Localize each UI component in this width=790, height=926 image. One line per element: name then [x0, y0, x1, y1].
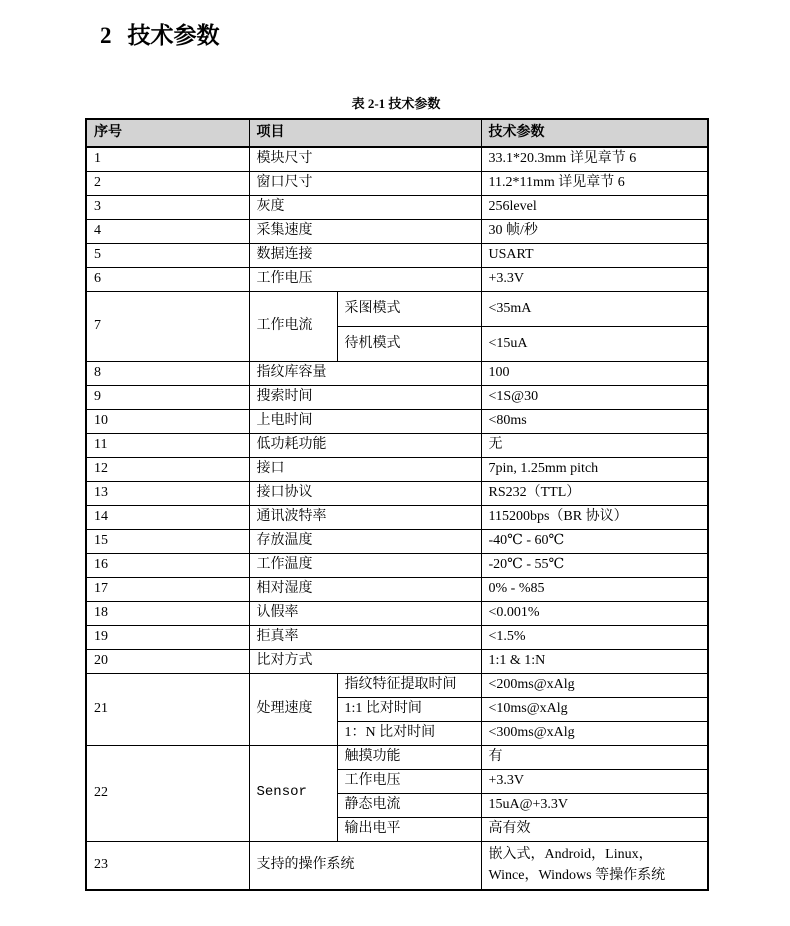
row-number-cell: 12	[86, 457, 249, 481]
item-cell: 接口	[249, 457, 481, 481]
table-row: 2 窗口尺寸 11.2*11mm 详见章节 6	[86, 171, 708, 195]
value-cell: <10ms@xAlg	[481, 697, 708, 721]
value-cell: 7pin, 1.25mm pitch	[481, 457, 708, 481]
table-row-group: 22 Sensor 触摸功能 有	[86, 745, 708, 769]
value-cell: 高有效	[481, 817, 708, 841]
table-row: 1 模块尺寸 33.1*20.3mm 详见章节 6	[86, 147, 708, 171]
item-cell: 上电时间	[249, 409, 481, 433]
table-row: 19 拒真率 <1.5%	[86, 625, 708, 649]
value-cell: 30 帧/秒	[481, 219, 708, 243]
row-number-cell: 10	[86, 409, 249, 433]
item-cell: 数据连接	[249, 243, 481, 267]
section-title: 技术参数	[128, 23, 220, 48]
item-cell: 灰度	[249, 195, 481, 219]
row-number-cell: 18	[86, 601, 249, 625]
row-number-cell: 7	[86, 291, 249, 361]
value-cell: 11.2*11mm 详见章节 6	[481, 171, 708, 195]
table-row: 10 上电时间 <80ms	[86, 409, 708, 433]
table-caption: 表 2-1 技术参数	[85, 93, 707, 112]
value-cell: +3.3V	[481, 769, 708, 793]
row-number-cell: 2	[86, 171, 249, 195]
value-cell: <80ms	[481, 409, 708, 433]
value-cell: <15uA	[481, 326, 708, 361]
value-cell: RS232（TTL）	[481, 481, 708, 505]
row-number-cell: 4	[86, 219, 249, 243]
value-cell: <1.5%	[481, 625, 708, 649]
value-cell: 115200bps（BR 协议）	[481, 505, 708, 529]
item-cell: 模块尺寸	[249, 147, 481, 171]
value-cell: 有	[481, 745, 708, 769]
item-cell: 接口协议	[249, 481, 481, 505]
table-row: 11 低功耗功能 无	[86, 433, 708, 457]
row-number-cell: 6	[86, 267, 249, 291]
row-number-cell: 11	[86, 433, 249, 457]
value-cell: <35mA	[481, 291, 708, 326]
row-number-cell: 22	[86, 745, 249, 841]
item-cell: 窗口尺寸	[249, 171, 481, 195]
section-number: 2	[100, 22, 112, 50]
item-cell: 采集速度	[249, 219, 481, 243]
sub-item-cell: 1：N 比对时间	[337, 721, 481, 745]
value-cell: <1S@30	[481, 385, 708, 409]
value-cell: 0% - %85	[481, 577, 708, 601]
sub-item-cell: 输出电平	[337, 817, 481, 841]
table-row: 6 工作电压 +3.3V	[86, 267, 708, 291]
col-header-item: 项目	[249, 119, 481, 147]
item-cell: 拒真率	[249, 625, 481, 649]
sub-item-cell: 1:1 比对时间	[337, 697, 481, 721]
sub-item-cell: 工作电压	[337, 769, 481, 793]
row-number-cell: 9	[86, 385, 249, 409]
table-row: 13 接口协议 RS232（TTL）	[86, 481, 708, 505]
item-cell: 工作电压	[249, 267, 481, 291]
item-cell: 存放温度	[249, 529, 481, 553]
value-cell: 256level	[481, 195, 708, 219]
table-row: 17 相对湿度 0% - %85	[86, 577, 708, 601]
table-row-group: 7 工作电流 采图模式 <35mA	[86, 291, 708, 326]
value-cell: <0.001%	[481, 601, 708, 625]
section-heading: 2技术参数	[100, 22, 790, 50]
value-cell: 无	[481, 433, 708, 457]
item-cell: 低功耗功能	[249, 433, 481, 457]
table-row: 23 支持的操作系统 嵌入式，Android，Linux，Wince，Windo…	[86, 841, 708, 890]
value-cell: USART	[481, 243, 708, 267]
row-number-cell: 5	[86, 243, 249, 267]
sub-item-cell: 指纹特征提取时间	[337, 673, 481, 697]
item-cell: 认假率	[249, 601, 481, 625]
spec-table: 序号 项目 技术参数 1 模块尺寸 33.1*20.3mm 详见章节 6 2 窗…	[85, 118, 709, 891]
col-header-no: 序号	[86, 119, 249, 147]
row-number-cell: 3	[86, 195, 249, 219]
table-row: 9 搜索时间 <1S@30	[86, 385, 708, 409]
row-number-cell: 1	[86, 147, 249, 171]
value-cell: -40℃ - 60℃	[481, 529, 708, 553]
item-cell: 工作温度	[249, 553, 481, 577]
table-row: 14 通讯波特率 115200bps（BR 协议）	[86, 505, 708, 529]
value-cell: <200ms@xAlg	[481, 673, 708, 697]
row-number-cell: 17	[86, 577, 249, 601]
item-cell: 通讯波特率	[249, 505, 481, 529]
table-row: 8 指纹库容量 100	[86, 361, 708, 385]
group-item-cell: 工作电流	[249, 291, 337, 361]
value-cell: 33.1*20.3mm 详见章节 6	[481, 147, 708, 171]
value-cell: 100	[481, 361, 708, 385]
table-row: 3 灰度 256level	[86, 195, 708, 219]
row-number-cell: 14	[86, 505, 249, 529]
table-row: 4 采集速度 30 帧/秒	[86, 219, 708, 243]
row-number-cell: 23	[86, 841, 249, 890]
row-number-cell: 15	[86, 529, 249, 553]
header-row: 序号 项目 技术参数	[86, 119, 708, 147]
table-row: 12 接口 7pin, 1.25mm pitch	[86, 457, 708, 481]
sub-item-cell: 静态电流	[337, 793, 481, 817]
group-item-cell: 处理速度	[249, 673, 337, 745]
row-number-cell: 13	[86, 481, 249, 505]
sub-item-cell: 待机模式	[337, 326, 481, 361]
row-number-cell: 16	[86, 553, 249, 577]
col-header-value: 技术参数	[481, 119, 708, 147]
table-row: 20 比对方式 1:1 & 1:N	[86, 649, 708, 673]
document-page: 2技术参数 表 2-1 技术参数 序号 项目 技术参数 1 模块尺寸 33.1*…	[0, 0, 790, 926]
item-cell: 搜索时间	[249, 385, 481, 409]
item-cell: 相对湿度	[249, 577, 481, 601]
table-row: 5 数据连接 USART	[86, 243, 708, 267]
table-row: 16 工作温度 -20℃ - 55℃	[86, 553, 708, 577]
value-cell: 15uA@+3.3V	[481, 793, 708, 817]
table-row: 18 认假率 <0.001%	[86, 601, 708, 625]
sub-item-cell: 采图模式	[337, 291, 481, 326]
value-cell: <300ms@xAlg	[481, 721, 708, 745]
group-item-cell: Sensor	[249, 745, 337, 841]
value-cell: +3.3V	[481, 267, 708, 291]
row-number-cell: 20	[86, 649, 249, 673]
value-cell: -20℃ - 55℃	[481, 553, 708, 577]
row-number-cell: 21	[86, 673, 249, 745]
row-number-cell: 8	[86, 361, 249, 385]
item-cell: 支持的操作系统	[249, 841, 481, 890]
row-number-cell: 19	[86, 625, 249, 649]
item-cell: 比对方式	[249, 649, 481, 673]
table-row-group: 21 处理速度 指纹特征提取时间 <200ms@xAlg	[86, 673, 708, 697]
item-cell: 指纹库容量	[249, 361, 481, 385]
value-cell: 1:1 & 1:N	[481, 649, 708, 673]
value-cell: 嵌入式，Android，Linux，Wince，Windows 等操作系统	[481, 841, 708, 890]
table-row: 15 存放温度 -40℃ - 60℃	[86, 529, 708, 553]
sub-item-cell: 触摸功能	[337, 745, 481, 769]
